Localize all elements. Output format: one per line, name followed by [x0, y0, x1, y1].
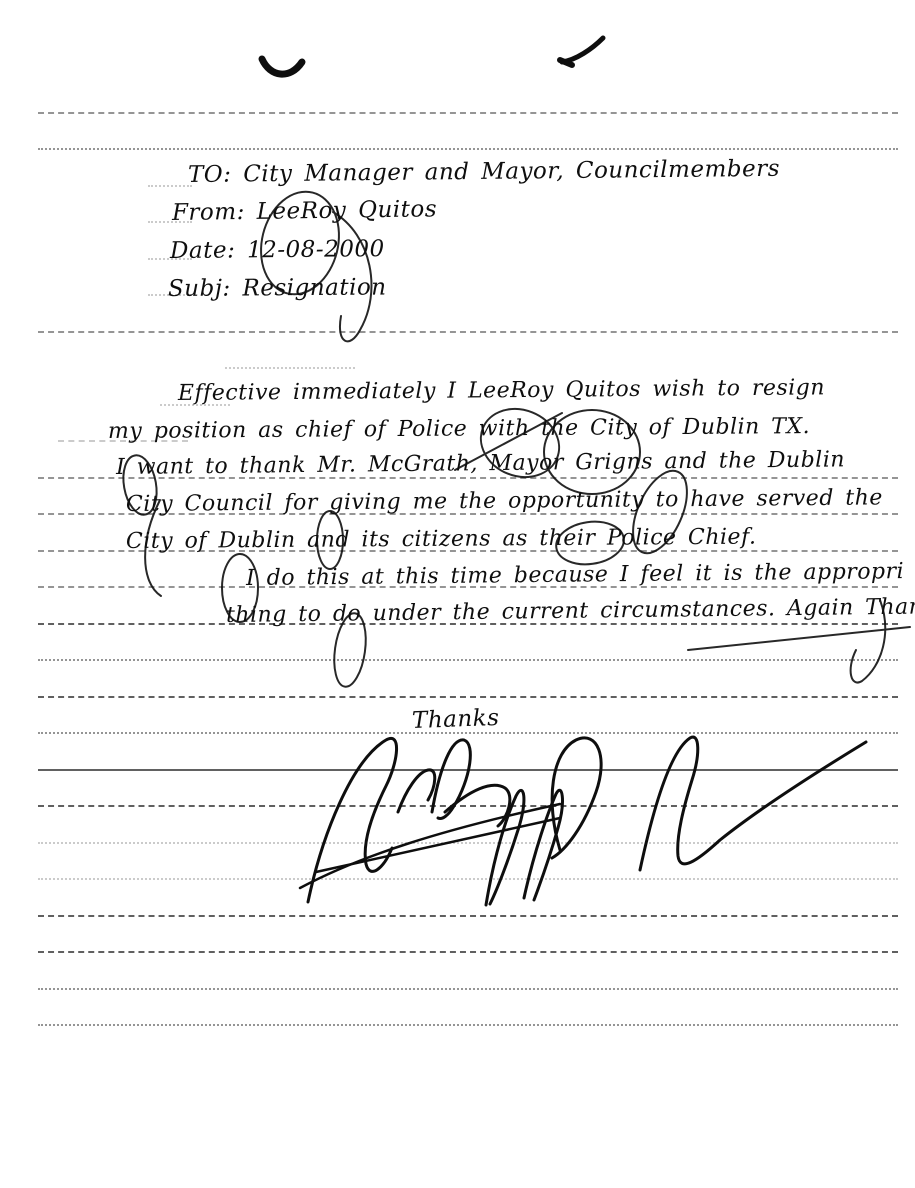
body-line: City of Dublin and its citizens as their…	[126, 525, 757, 554]
memo-from-line: From: LeeRoy Quitos	[172, 196, 437, 226]
memo-to-line: TO: City Manager and Mayor, Councilmembe…	[188, 156, 780, 188]
ruled-line	[38, 1024, 898, 1026]
ruled-line	[38, 148, 898, 150]
body-line: my position as chief of Police with the …	[108, 414, 810, 444]
scan-artifact-left	[262, 59, 302, 74]
ruled-line	[148, 185, 192, 187]
ruled-line	[38, 951, 898, 953]
ruled-line	[225, 367, 355, 369]
ruled-line	[38, 696, 898, 698]
memo-date-line: Date: 12-08-2000	[170, 236, 385, 264]
memo-subject-line: Subj: Resignation	[168, 274, 387, 302]
ruled-line	[38, 842, 898, 844]
ruled-line	[38, 805, 898, 807]
ruled-line	[38, 988, 898, 990]
ruled-line	[38, 112, 898, 114]
ruled-line	[38, 915, 898, 917]
ruled-line	[38, 659, 898, 661]
ruled-line	[38, 769, 898, 771]
body-line: I want to thank Mr. McGrath, Mayor Grign…	[116, 447, 845, 480]
ruled-line	[38, 732, 898, 734]
scanned-letter-page: TO: City Manager and Mayor, Councilmembe…	[0, 0, 915, 1188]
scan-artifact-right	[560, 38, 603, 65]
body-line: Effective immediately I LeeRoy Quitos wi…	[178, 375, 825, 406]
ruled-line	[38, 331, 898, 333]
ruled-line	[38, 878, 898, 880]
closing-thanks: Thanks	[412, 705, 500, 734]
